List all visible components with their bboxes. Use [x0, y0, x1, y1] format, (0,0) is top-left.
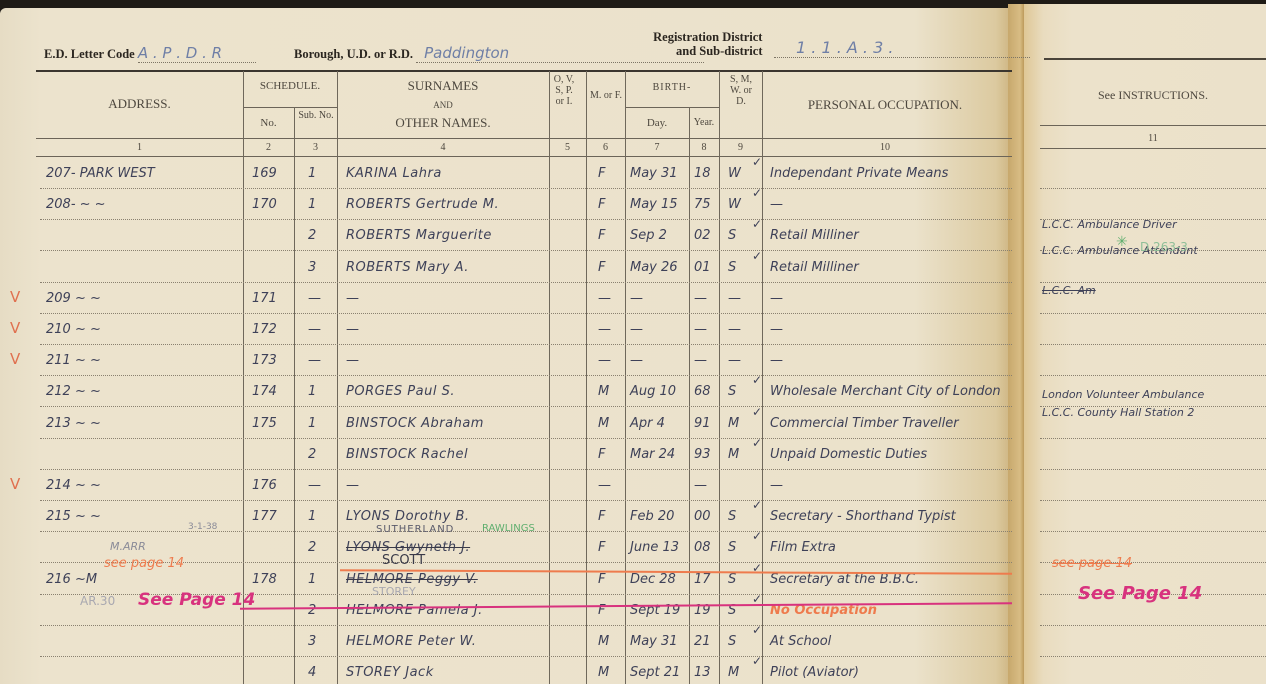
cell-sub: 3 — [308, 260, 316, 275]
cell-sub: 3 — [308, 634, 316, 649]
cell-occupation: Pilot (Aviator) — [770, 665, 859, 680]
check-tick-icon: ✓ — [752, 405, 762, 419]
cell-occupation: Commercial Timber Traveller — [770, 416, 959, 431]
cell-day: — — [630, 291, 643, 306]
row-rule — [40, 500, 1012, 501]
table-row: 211 ~ ~173———————V — [0, 346, 1016, 377]
cell-sex: F — [598, 228, 605, 243]
cell-address: 207- PARK WEST — [46, 166, 155, 181]
remarks-rule — [1040, 282, 1266, 283]
cell-name: HELMORE Peter W. — [346, 634, 476, 649]
red-check-mark: V — [10, 288, 20, 306]
col-header-surnames: SURNAMES — [337, 78, 549, 94]
cell-year: 93 — [694, 447, 711, 462]
col-num: 9 — [719, 142, 762, 153]
table-row: 3HELMORE Peter W.MMay 3121SAt School✓ — [0, 627, 1016, 658]
cell-occupation: — — [770, 197, 783, 212]
cell-status: — — [728, 322, 741, 337]
cell-sub: 4 — [308, 665, 316, 680]
cell-day: Mar 24 — [630, 447, 675, 462]
remarks-note: L.C.C. Ambulance Driver — [1042, 218, 1177, 231]
annotation-date: 3-1-38 — [188, 522, 217, 532]
cell-year: 01 — [694, 260, 711, 275]
cell-occupation: Wholesale Merchant City of London — [770, 384, 1001, 399]
red-check-mark: V — [10, 319, 20, 337]
cell-sex: — — [598, 353, 611, 368]
cell-year: — — [694, 322, 707, 337]
cell-day: June 13 — [630, 540, 679, 555]
ed-letter-code-value: A . P . D . R — [138, 44, 256, 63]
col-header-smwd: S, M, W. or D. — [727, 74, 755, 107]
col-header-and: AND — [337, 100, 549, 110]
cell-schedule: 175 — [252, 416, 277, 431]
table-row: 2BINSTOCK RachelFMar 2493MUnpaid Domesti… — [0, 440, 1016, 471]
cell-sex: F — [598, 509, 605, 524]
row-rule — [40, 250, 1012, 251]
cell-day: May 15 — [630, 197, 678, 212]
remarks-rule — [1040, 344, 1266, 345]
cell-sub: — — [308, 353, 321, 368]
cell-occupation: Retail Milliner — [770, 228, 859, 243]
check-tick-icon: ✓ — [752, 217, 762, 231]
cell-name: ROBERTS Gertrude M. — [346, 197, 499, 212]
cell-sex: F — [598, 447, 605, 462]
col-header-occupation: PERSONAL OCCUPATION. — [762, 97, 1008, 113]
cell-name: ROBERTS Marguerite — [346, 228, 492, 243]
cell-occupation: — — [770, 291, 783, 306]
cell-address: 215 ~ ~ — [46, 509, 101, 524]
cell-sex: — — [598, 291, 611, 306]
cell-sub: — — [308, 478, 321, 493]
cell-year: — — [694, 478, 707, 493]
header-rule-mid — [36, 138, 1012, 139]
check-tick-icon: ✓ — [752, 155, 762, 169]
cell-address: 208- ~ ~ — [46, 197, 106, 212]
row-rule — [40, 375, 1012, 376]
col-header-address: ADDRESS. — [36, 96, 243, 112]
cell-year: 17 — [694, 572, 711, 587]
cell-name: — — [346, 478, 359, 493]
cell-address: 210 ~ ~ — [46, 322, 101, 337]
cell-schedule: 173 — [252, 353, 277, 368]
cell-year: 21 — [694, 634, 711, 649]
cell-sex: — — [598, 478, 611, 493]
table-row: 209 ~ ~171———————V — [0, 284, 1016, 315]
annotation-storey: STOREY — [372, 585, 416, 598]
col-header-other-names: OTHER NAMES. — [337, 115, 549, 131]
cell-occupation: — — [770, 353, 783, 368]
col-header-ovspi: O, V, S, P. or I. — [552, 74, 576, 107]
check-tick-icon: ✓ — [752, 249, 762, 263]
cell-address: M.ARR — [110, 540, 146, 553]
cell-name: — — [346, 353, 359, 368]
row-rule — [40, 344, 1012, 345]
col-header-birth-day: Day. — [625, 117, 689, 129]
remarks-note: see page 14 — [1052, 556, 1132, 571]
remarks-rule — [1040, 375, 1266, 376]
header-rule-bottom — [36, 156, 1012, 157]
green-star-icon: ✳ — [1116, 234, 1128, 250]
check-tick-icon: ✓ — [752, 186, 762, 200]
cell-sub: 2 — [308, 228, 316, 243]
row-rule — [40, 282, 1012, 283]
cell-sub: 1 — [308, 166, 316, 181]
cell-occupation: Film Extra — [770, 540, 836, 555]
cell-day: — — [630, 322, 643, 337]
row-rule — [40, 438, 1012, 439]
cell-day: May 31 — [630, 634, 678, 649]
check-tick-icon: ✓ — [752, 373, 762, 387]
row-rule — [40, 625, 1012, 626]
cell-day: Sept 21 — [630, 665, 680, 680]
remarks-rule — [1040, 656, 1266, 657]
remarks-rule — [1040, 625, 1266, 626]
cell-status: S — [728, 540, 736, 555]
col-header-schedule-no: No. — [243, 117, 294, 129]
col-num: 2 — [243, 142, 294, 153]
cell-status: S — [728, 572, 736, 587]
table-row: 210 ~ ~172———————V — [0, 315, 1016, 346]
check-tick-icon: ✓ — [752, 623, 762, 637]
cell-sub: — — [308, 291, 321, 306]
cell-year: 02 — [694, 228, 711, 243]
cell-status: — — [728, 353, 741, 368]
cell-sub: 1 — [308, 572, 316, 587]
cell-status: M — [728, 665, 739, 680]
row-rule — [40, 313, 1012, 314]
cell-occupation: Independant Private Means — [770, 166, 948, 181]
cell-status: W — [728, 197, 741, 212]
cell-schedule: 170 — [252, 197, 277, 212]
cell-address: 212 ~ ~ — [46, 384, 101, 399]
table-row: 208- ~ ~1701ROBERTS Gertrude M.FMay 1575… — [0, 190, 1016, 221]
cell-address: 213 ~ ~ — [46, 416, 101, 431]
col-header-schedule: SCHEDULE. — [243, 80, 337, 92]
right-rule-bottom — [1040, 148, 1266, 149]
row-rule — [40, 406, 1012, 407]
table-row: 213 ~ ~1751BINSTOCK AbrahamMApr 491MComm… — [0, 409, 1016, 440]
cell-sub: 1 — [308, 197, 316, 212]
col-num: 8 — [689, 142, 719, 153]
cell-schedule: 169 — [252, 166, 277, 181]
ed-letter-code-label: E.D. Letter Code — [44, 47, 135, 61]
cell-name: KARINA Lahra — [346, 166, 442, 181]
col-num: 1 — [36, 142, 243, 153]
right-rule-mid — [1040, 125, 1266, 126]
check-tick-icon: ✓ — [752, 529, 762, 543]
cell-sex: F — [598, 540, 605, 555]
cell-schedule: 176 — [252, 478, 277, 493]
cell-name: LYONS Dorothy B. — [346, 509, 470, 524]
ed-letter-code: E.D. Letter Code A . P . D . R — [44, 44, 256, 63]
table-row: 207- PARK WEST1691KARINA LahraFMay 3118W… — [0, 159, 1016, 190]
cell-address: 214 ~ ~ — [46, 478, 101, 493]
table-row: 4STOREY JackMSept 2113MPilot (Aviator)✓ — [0, 658, 1016, 684]
col-num: 10 — [762, 142, 1008, 153]
cell-occupation: Retail Milliner — [770, 260, 859, 275]
cell-address: 211 ~ ~ — [46, 353, 101, 368]
cell-name: ROBERTS Mary A. — [346, 260, 469, 275]
cell-sex: M — [598, 634, 609, 649]
cell-year: 91 — [694, 416, 711, 431]
cell-year: 18 — [694, 166, 711, 181]
remarks-note: See Page 14 — [1078, 583, 1202, 604]
cell-name: BINSTOCK Rachel — [346, 447, 468, 462]
col-header-sub-no: Sub. No. — [296, 110, 336, 121]
cell-name: BINSTOCK Abraham — [346, 416, 484, 431]
col-num: 3 — [294, 142, 337, 153]
registration-label-line1: Registration District — [648, 30, 762, 44]
col-num: 11 — [1040, 133, 1266, 144]
cell-sex: F — [598, 572, 605, 587]
remarks-note: L.C.C. Am — [1042, 284, 1096, 297]
annotation-see-page-pink: See Page 14 — [138, 590, 255, 610]
cell-status: M — [728, 416, 739, 431]
remarks-rule — [1040, 469, 1266, 470]
schedule-subrule — [243, 107, 337, 108]
remarks-note: L.C.C. County Hall Station 2 — [1042, 406, 1194, 419]
cell-schedule: 172 — [252, 322, 277, 337]
annotation-sutherland: SUTHERLAND — [376, 524, 454, 535]
cell-year: — — [694, 353, 707, 368]
cell-occupation: Secretary - Shorthand Typist — [770, 509, 956, 524]
cell-sub: 2 — [308, 540, 316, 555]
cell-sub: 1 — [308, 416, 316, 431]
cell-day: Feb 20 — [630, 509, 674, 524]
cell-occupation: — — [770, 478, 783, 493]
cell-name: PORGES Paul S. — [346, 384, 455, 399]
cell-sub: 2 — [308, 447, 316, 462]
cell-schedule: 174 — [252, 384, 277, 399]
annotation-see-page-orange: see page 14 — [104, 556, 184, 571]
header-rule-top — [36, 70, 1012, 72]
col-num: 7 — [625, 142, 689, 153]
col-num: 6 — [586, 142, 625, 153]
registration-district: Registration District and Sub-district — [648, 30, 762, 58]
table-row: 3ROBERTS Mary A.FMay 2601SRetail Milline… — [0, 253, 1016, 284]
right-rule-top — [1044, 58, 1266, 60]
red-check-mark: V — [10, 350, 20, 368]
cell-sub: 2 — [308, 603, 316, 618]
cell-status: M — [728, 447, 739, 462]
row-rule — [40, 469, 1012, 470]
cell-name: HELMORE Pamela J. — [346, 603, 483, 618]
cell-address: 216 ~M — [46, 572, 97, 587]
cell-day: Sep 2 — [630, 228, 667, 243]
col-num: 5 — [549, 142, 586, 153]
cell-day: May 31 — [630, 166, 678, 181]
col-header-birth-year: Year. — [689, 117, 719, 128]
cell-year: 00 — [694, 509, 711, 524]
annotation-rawlings: RAWLINGS — [482, 523, 535, 534]
cell-day: — — [630, 353, 643, 368]
cell-sex: F — [598, 260, 605, 275]
cell-status: S — [728, 260, 736, 275]
cell-name: — — [346, 291, 359, 306]
birth-subrule — [625, 107, 719, 108]
table-row: 214 ~ ~176—————V — [0, 471, 1016, 502]
cell-status: S — [728, 384, 736, 399]
remarks-rule — [1040, 531, 1266, 532]
cell-status: S — [728, 634, 736, 649]
cell-sex: M — [598, 416, 609, 431]
registration-value: 1 . 1 . A . 3 . — [774, 38, 1030, 58]
cell-sex: M — [598, 665, 609, 680]
cell-occupation: Unpaid Domestic Duties — [770, 447, 927, 462]
red-check-mark: V — [10, 475, 20, 493]
cell-name: — — [346, 322, 359, 337]
borough-label: Borough, U.D. or R.D. — [294, 47, 413, 61]
cell-address: 209 ~ ~ — [46, 291, 101, 306]
table-row: 2ROBERTS MargueriteFSep 202SRetail Milli… — [0, 221, 1016, 252]
row-rule — [40, 188, 1012, 189]
cell-status: — — [728, 291, 741, 306]
remarks-rule — [1040, 500, 1266, 501]
col-num: 4 — [337, 142, 549, 153]
col-header-instructions: See INSTRUCTIONS. — [1040, 88, 1266, 103]
cell-sex: M — [598, 384, 609, 399]
check-tick-icon: ✓ — [752, 654, 762, 668]
cell-year: 75 — [694, 197, 711, 212]
col-header-birth: BIRTH- — [625, 82, 719, 93]
remarks-rule — [1040, 188, 1266, 189]
cell-sub: 1 — [308, 509, 316, 524]
cell-day: May 26 — [630, 260, 678, 275]
cell-day: Apr 4 — [630, 416, 665, 431]
cell-year: — — [694, 291, 707, 306]
check-tick-icon: ✓ — [752, 436, 762, 450]
cell-sub: — — [308, 322, 321, 337]
cell-sex: F — [598, 197, 605, 212]
cell-schedule: 178 — [252, 572, 277, 587]
annotation-scott: SCOTT — [382, 553, 425, 568]
cell-day: Aug 10 — [630, 384, 676, 399]
cell-status: S — [728, 509, 736, 524]
col-header-m-or-f: M. or F. — [590, 90, 622, 101]
cell-occupation: — — [770, 322, 783, 337]
cell-occupation: At School — [770, 634, 831, 649]
cell-schedule: 171 — [252, 291, 277, 306]
cell-day: Dec 28 — [630, 572, 676, 587]
cell-sub: 1 — [308, 384, 316, 399]
cell-status: S — [728, 228, 736, 243]
borough: Borough, U.D. or R.D. Paddington — [294, 44, 704, 63]
cell-status: W — [728, 166, 741, 181]
cell-name: STOREY Jack — [346, 665, 434, 680]
remarks-rule — [1040, 313, 1266, 314]
check-tick-icon: ✓ — [752, 498, 762, 512]
cell-year: 68 — [694, 384, 711, 399]
cell-schedule: 177 — [252, 509, 277, 524]
remarks-note: London Volunteer Ambulance — [1042, 388, 1204, 401]
annotation-ar: AR.30 — [80, 594, 115, 608]
annotation-d-code: D.263-3 — [1140, 240, 1188, 254]
registration-label-line2: and Sub-district — [648, 44, 762, 58]
table-row: 212 ~ ~1741PORGES Paul S.MAug 1068SWhole… — [0, 377, 1016, 408]
row-rule — [40, 562, 1012, 563]
cell-year: 13 — [694, 665, 711, 680]
cell-year: 08 — [694, 540, 711, 555]
remarks-rule — [1040, 438, 1266, 439]
row-rule — [40, 219, 1012, 220]
cell-sex: — — [598, 322, 611, 337]
row-rule — [40, 656, 1012, 657]
cell-sex: F — [598, 166, 605, 181]
